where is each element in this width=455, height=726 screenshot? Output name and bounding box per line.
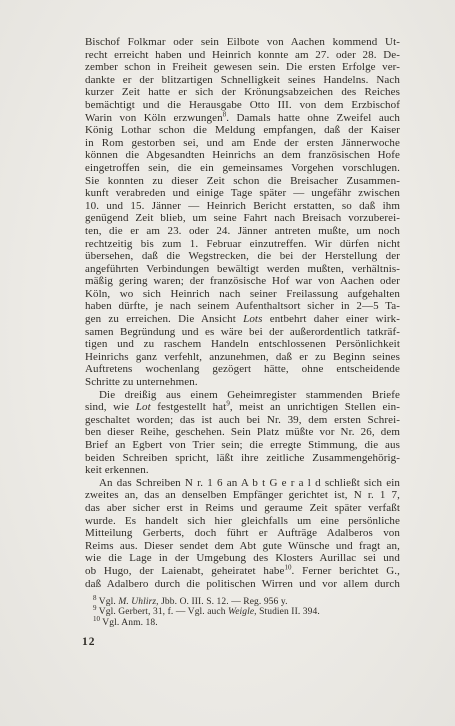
text-line: tigen und zu raschem Handeln entschlosse… [85, 338, 400, 351]
text-line: eingetroffen sein, die ein gemeinsames V… [85, 162, 400, 175]
text-line: genügend Zeit blieb, um seine Fahrt nach… [85, 212, 400, 225]
text-line: ben dieser Reihe, geschehen. Sein Platz … [85, 426, 400, 439]
text-line: angeführten Verbindungen bewältigt werde… [85, 263, 400, 276]
footnote: 9 Vgl. Gerbert, 31, f. — Vgl. auch Weigl… [93, 607, 400, 617]
text-line: Auftretens wochenlang gezögert hätte, oh… [85, 363, 400, 376]
book-page: Bischof Folkmar oder sein Eilbote von Aa… [0, 0, 455, 726]
page-number: 12 [82, 636, 96, 648]
text-line: wurde. Es handelt sich hier gleichfalls … [85, 515, 400, 528]
paragraph: Die dreißig aus einem Geheimregister sta… [85, 389, 400, 477]
text-line: samen Begründung und es wäre bei der auß… [85, 326, 400, 339]
text-line: Heinrichs ganz verfehlt, anzunehmen, daß… [85, 351, 400, 364]
text-line: Die dreißig aus einem Geheimregister sta… [85, 389, 400, 402]
text-line: kunft verabreden und einige Tage später … [85, 187, 400, 200]
text-line: König Lothar schon die Meldung empfangen… [85, 124, 400, 137]
footnote: 8 Vgl. M. Uhlirz, Jbb. O. III. S. 12. — … [93, 597, 400, 607]
text-line: bemächtigt und die Herausgabe Otto III. … [85, 99, 400, 112]
text-line: können die Abgesandten Heinrichs an dem … [85, 149, 400, 162]
text-line: ten, die er am 23. oder 24. Jänner antre… [85, 225, 400, 238]
page-body-text: Bischof Folkmar oder sein Eilbote von Aa… [85, 36, 400, 590]
text-line: 10. und 15. Jänner — Heinrich Bericht er… [85, 200, 400, 213]
text-line: Sie konnten zu dieser Zeit schon die Bre… [85, 175, 400, 188]
text-line: kurzer Zeit hatte er sich der Krönungsab… [85, 86, 400, 99]
text-line: Köln, wo sich Heinrich nach seiner Freil… [85, 288, 400, 301]
footnote: 10 Vgl. Anm. 18. [93, 618, 400, 628]
text-line: wie die Lage in der Umgebung des Kloster… [85, 552, 400, 565]
text-line: daß Adalbero durch die politischen Wirre… [85, 578, 400, 591]
text-line: Schritte zu unternehmen. [85, 376, 400, 389]
text-line: Bischof Folkmar oder sein Eilbote von Aa… [85, 36, 400, 49]
paragraph: Bischof Folkmar oder sein Eilbote von Aa… [85, 36, 400, 389]
paragraph: An das Schreiben N r. 1 6 an A b t G e r… [85, 477, 400, 590]
text-line: geschaltet worden; das ist auch bei Nr. … [85, 414, 400, 427]
text-line: An das Schreiben N r. 1 6 an A b t G e r… [85, 477, 400, 490]
text-line: zweites an, das an denselben Empfänger g… [85, 489, 400, 502]
text-line: haben dürfte, je nach seinem Aufenthalts… [85, 300, 400, 313]
text-line: ob Hugo, der Laienabt, geheiratet habe10… [85, 565, 400, 578]
text-line: recht erreicht haben und Heinrich konnte… [85, 49, 400, 62]
text-line: Brief an Egbert von Trier sein; die erre… [85, 439, 400, 452]
text-line: rechtzeitig bis zum 1. Februar einzutref… [85, 238, 400, 251]
text-line: keit erkennen. [85, 464, 400, 477]
text-line: zember schon in Freiheit gewesen sein. D… [85, 61, 400, 74]
text-line: dankte er der blitzartigen Schnelligkeit… [85, 74, 400, 87]
text-line: in Rom gestorben sei, und am Ende der er… [85, 137, 400, 150]
text-line: Warin von Köln erzwungen8. Damals hatte … [85, 112, 400, 125]
text-line: mäßig gering waren; der französische Hof… [85, 275, 400, 288]
text-line: gen zu erreichen. Die Ansicht Lots entbe… [85, 313, 400, 326]
text-line: beiden Schreiben spricht, läßt ihre zeit… [85, 452, 400, 465]
text-line: übersehen, daß die Wegstrecken, die bei … [85, 250, 400, 263]
footnotes-block: 8 Vgl. M. Uhlirz, Jbb. O. III. S. 12. — … [93, 597, 400, 628]
text-line: sind, wie Lot festgestellt hat9, meist a… [85, 401, 400, 414]
text-line: Reims aus. Dieser sendet dem Abt gute Wü… [85, 540, 400, 553]
text-line: das aber sicher erst in Reims und geraum… [85, 502, 400, 515]
text-line: Mitteilung Gerberts, doch führt er Auftr… [85, 527, 400, 540]
